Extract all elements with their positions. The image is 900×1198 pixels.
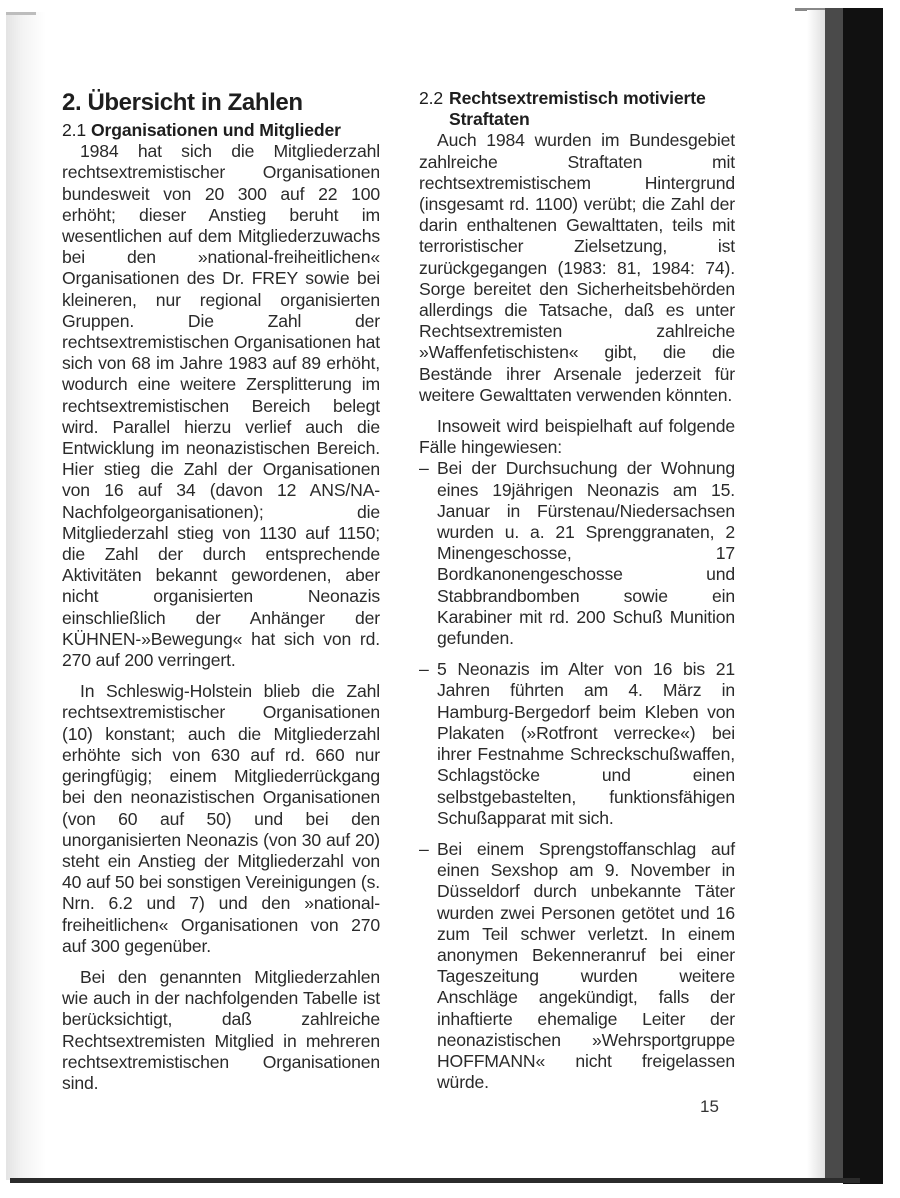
- dash-bullet: –: [419, 458, 429, 479]
- left-column: 2. Übersicht in Zahlen 2.1 Organisatione…: [62, 88, 380, 1094]
- page-left-shadow: [6, 12, 46, 1180]
- case-text: Bei einem Sprengstoffanschlag auf einen …: [437, 839, 735, 1092]
- section-title: Organisationen und Mitglieder: [91, 120, 341, 141]
- section-heading-2-1: 2.1 Organisationen und Mitglieder: [62, 120, 380, 141]
- section-number: 2.1: [62, 120, 86, 141]
- paragraph-membership-federal: 1984 hat sich die Mitgliederzahl rechtse…: [62, 141, 380, 671]
- case-text: 5 Neonazis im Alter von 16 bis 21 Jahren…: [437, 659, 735, 827]
- dash-bullet: –: [419, 659, 429, 680]
- paragraph-membership-note: Bei den genannten Mitgliederzahlen wie a…: [62, 967, 380, 1094]
- right-column: 2.2 Rechtsextremistisch motivierte Straf…: [419, 88, 735, 1093]
- paragraph-cases-intro: Insoweit wird beispielhaft auf folgende …: [419, 416, 735, 458]
- page-number: 15: [700, 1097, 719, 1117]
- chapter-heading: 2. Übersicht in Zahlen: [62, 88, 380, 118]
- case-list: – Bei der Durchsuchung der Wohnung eines…: [419, 458, 735, 1093]
- page-top-edge: [6, 12, 36, 15]
- dash-bullet: –: [419, 839, 429, 860]
- section-number: 2.2: [419, 88, 443, 130]
- paragraph-schleswig-holstein: In Schleswig-Holstein blieb die Zahl rec…: [62, 681, 380, 957]
- book-gutter-shadow: [807, 10, 827, 1180]
- page-bottom-edge: [10, 1178, 860, 1183]
- case-text: Bei der Durchsuchung der Wohnung eines 1…: [437, 458, 735, 648]
- list-item: – 5 Neonazis im Alter von 16 bis 21 Jahr…: [419, 659, 735, 829]
- section-heading-2-2: 2.2 Rechtsextremistisch motivierte Straf…: [419, 88, 735, 130]
- list-item: – Bei der Durchsuchung der Wohnung eines…: [419, 458, 735, 649]
- book-spine-dark: [843, 8, 883, 1184]
- section-title: Rechtsextremistisch motivierte Straftate…: [449, 88, 735, 130]
- book-spine-edge: [825, 8, 845, 1180]
- paragraph-crimes-overview: Auch 1984 wurden im Bundesgebiet zahlrei…: [419, 130, 735, 406]
- list-item: – Bei einem Sprengstoffanschlag auf eine…: [419, 839, 735, 1093]
